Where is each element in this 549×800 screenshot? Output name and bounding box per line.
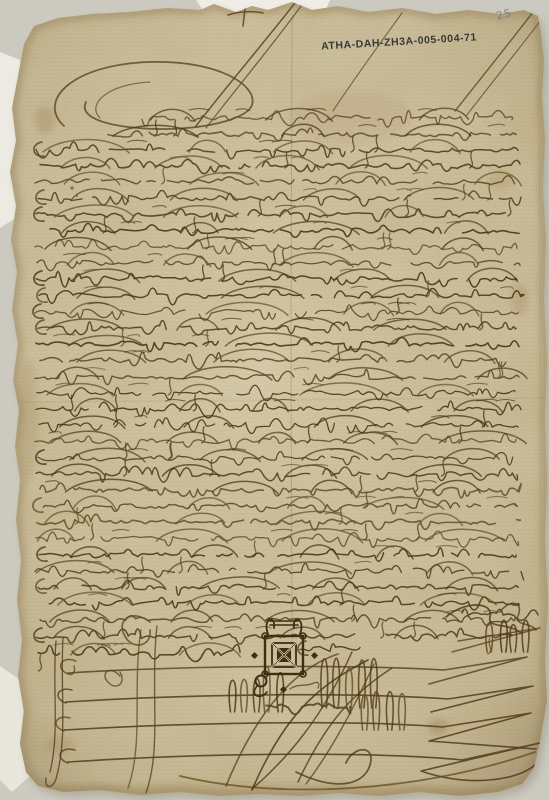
manuscript-photo (0, 0, 549, 800)
paper-texture (0, 0, 549, 800)
manuscript-scan: ATHA-DAH-ZH3A-005-004-71 25 (0, 0, 549, 800)
